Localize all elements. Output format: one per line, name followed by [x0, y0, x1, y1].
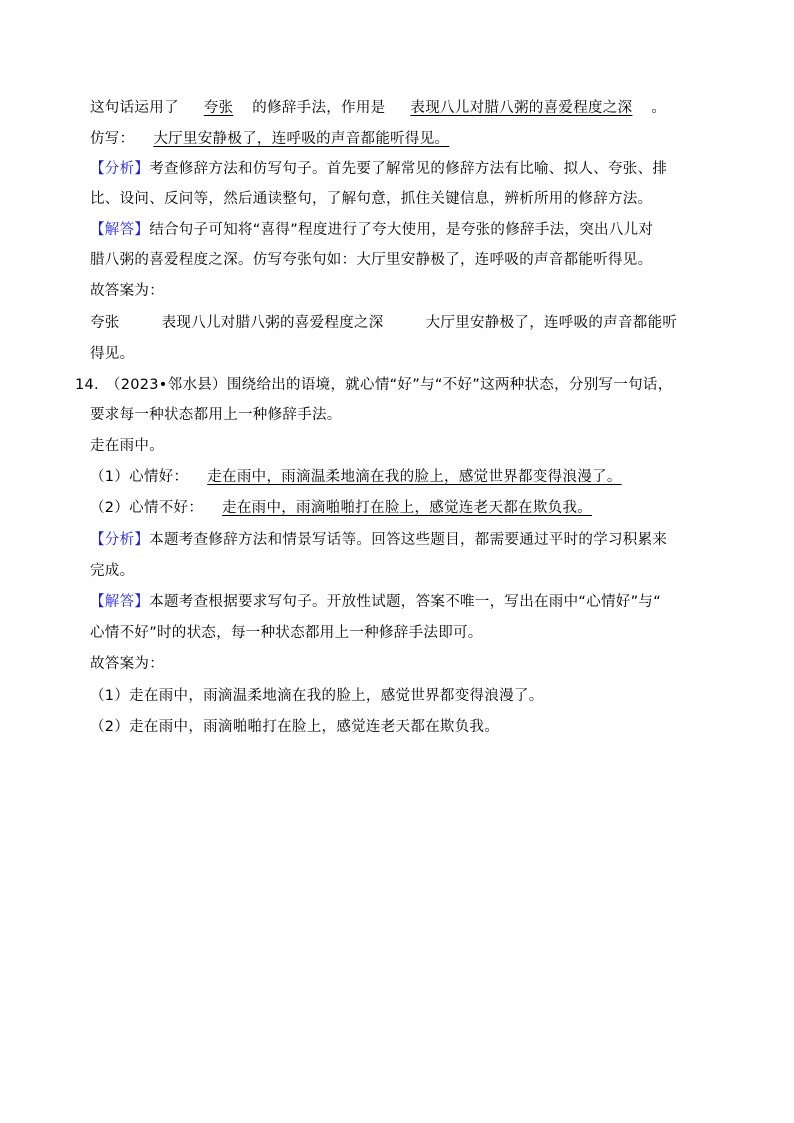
q14-item2-prefix: （2）心情不好：: [90, 500, 203, 516]
q13-answer-text-2: 腊八粥的喜爱程度之深。仿写夸张句如：大厅里安静极了，连呼吸的声音都能听得见。: [90, 252, 652, 268]
q13-fill-line-2: 仿写： 大厅里安静极了，连呼吸的声音都能听得见。: [90, 129, 463, 149]
q13-final-answer-1: 夸张: [90, 315, 120, 331]
q13-line1-end: 。: [651, 100, 666, 116]
answer-label: 【解答】: [90, 594, 149, 610]
q13-analysis-text-1: 考查修辞方法和仿写句子。首先要了解常见的修辞方法有比喻、拟人、夸张、排: [149, 161, 667, 177]
q14-answer-line-2: 心情不好”时的状态，每一种状态都用上一种修辞手法即可。: [90, 623, 483, 643]
q13-answer-line-1: 【解答】结合句子可知将“喜得”程度进行了夸大使用，是夸张的修辞手法，突出八儿对: [90, 220, 653, 240]
q13-blank-imitation: 大厅里安静极了，连呼吸的声音都能听得见。: [139, 131, 463, 147]
q14-item1-prefix: （1）心情好：: [90, 469, 188, 485]
q14-analysis-text-1: 本题考查修辞方法和情景写话等。回答这些题目，都需要通过平时的学习积累来: [149, 532, 667, 548]
q14-item-1: （1）心情好： 走在雨中，雨滴温柔地滴在我的脸上，感觉世界都变得浪漫了。: [90, 467, 636, 487]
q13-blank-effect: 表现八儿对腊八粥的喜爱程度之深: [396, 100, 646, 116]
q13-final-answer-2: 表现八儿对腊八粥的喜爱程度之深: [162, 315, 384, 331]
q14-final-1: （1）走在雨中，雨滴温柔地滴在我的脸上，感觉世界都变得浪漫了。: [90, 686, 544, 706]
answer-label: 【解答】: [90, 222, 149, 238]
q14-analysis-line-2: 完成。: [90, 561, 134, 581]
q13-answer-line-2: 腊八粥的喜爱程度之深。仿写夸张句如：大厅里安静极了，连呼吸的声音都能听得见。: [90, 250, 652, 270]
q14-stem-line-2: 要求每一种状态都用上一种修辞手法。: [90, 405, 342, 425]
q13-final-answer-3-cont: 得见。: [90, 344, 134, 364]
q13-answer-text-1: 结合句子可知将“喜得”程度进行了夸大使用，是夸张的修辞手法，突出八儿对: [149, 222, 653, 238]
q14-stem-line-1: 14. （2023•邻水县）围绕给出的语境，就心情“好”与“不好”这两种状态，分…: [75, 375, 673, 395]
q13-blank-technique: 夸张: [190, 100, 248, 116]
q13-line1-prefix: 这句话运用了: [90, 100, 179, 116]
q14-answer-text-1: 本题考查根据要求写句子。开放性试题，答案不唯一，写出在雨中“心情好”与“: [149, 594, 661, 610]
q13-line2-prefix: 仿写：: [90, 131, 134, 147]
q14-final-2: （2）走在雨中，雨滴啪啪打在脸上，感觉连老天都在欺负我。: [90, 717, 499, 737]
question-source: （2023•邻水县）: [106, 377, 227, 393]
document-page: 这句话运用了 夸张 的修辞手法，作用是 表现八儿对腊八粥的喜爱程度之深 。 仿写…: [0, 0, 794, 1123]
q13-analysis-line-2: 比、设问、反问等，然后通读整句，了解句意，抓住关键信息，辨析所用的修辞方法。: [90, 189, 652, 209]
q14-stem-text-1: 围绕给出的语境，就心情“好”与“不好”这两种状态，分别写一句话，: [227, 377, 673, 393]
q13-analysis-line-1: 【分析】考查修辞方法和仿写句子。首先要了解常见的修辞方法有比喻、拟人、夸张、排: [90, 159, 667, 179]
analysis-label: 【分析】: [90, 532, 149, 548]
q13-line1-mid: 的修辞手法，作用是: [252, 100, 385, 116]
q14-item1-answer: 走在雨中，雨滴温柔地滴在我的脸上，感觉世界都变得浪漫了。: [193, 469, 635, 485]
q14-final-label: 故答案为：: [90, 654, 164, 674]
q13-analysis-text-2: 比、设问、反问等，然后通读整句，了解句意，抓住关键信息，辨析所用的修辞方法。: [90, 191, 652, 207]
question-number: 14.: [75, 377, 99, 393]
analysis-label: 【分析】: [90, 161, 149, 177]
q14-item2-answer: 走在雨中，雨滴啪啪打在脸上，感觉连老天都在欺负我。: [208, 500, 606, 516]
q13-fill-line-1: 这句话运用了 夸张 的修辞手法，作用是 表现八儿对腊八粥的喜爱程度之深 。: [90, 98, 666, 118]
q14-answer-line-1: 【解答】本题考查根据要求写句子。开放性试题，答案不唯一，写出在雨中“心情好”与“: [90, 592, 661, 612]
q13-final-answer-3: 大厅里安静极了，连呼吸的声音都能听: [426, 315, 678, 331]
q13-final-answers: 夸张表现八儿对腊八粥的喜爱程度之深大厅里安静极了，连呼吸的声音都能听: [90, 313, 677, 333]
q14-item-2: （2）心情不好： 走在雨中，雨滴啪啪打在脸上，感觉连老天都在欺负我。: [90, 498, 606, 518]
q14-analysis-line-1: 【分析】本题考查修辞方法和情景写话等。回答这些题目，都需要通过平时的学习积累来: [90, 530, 667, 550]
q13-final-label: 故答案为：: [90, 281, 164, 301]
q14-context: 走在雨中。: [90, 436, 164, 456]
